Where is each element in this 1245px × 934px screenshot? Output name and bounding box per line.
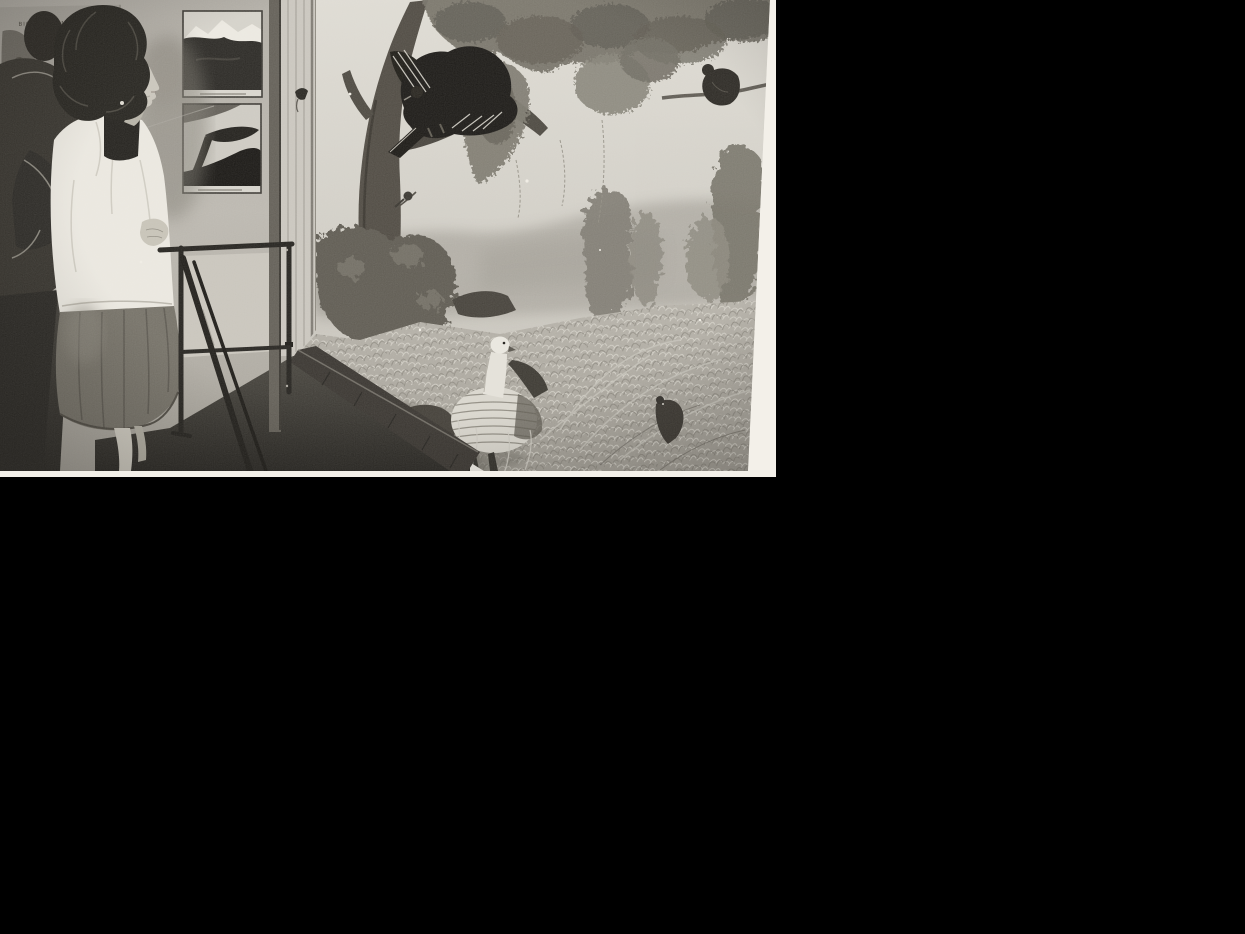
canvas-background: BIOMAS DE MAGALL: [0, 0, 1245, 934]
vignette: [0, 0, 776, 477]
photo-content: BIOMAS DE MAGALL: [0, 0, 776, 477]
museum-photograph: BIOMAS DE MAGALL: [0, 0, 776, 477]
